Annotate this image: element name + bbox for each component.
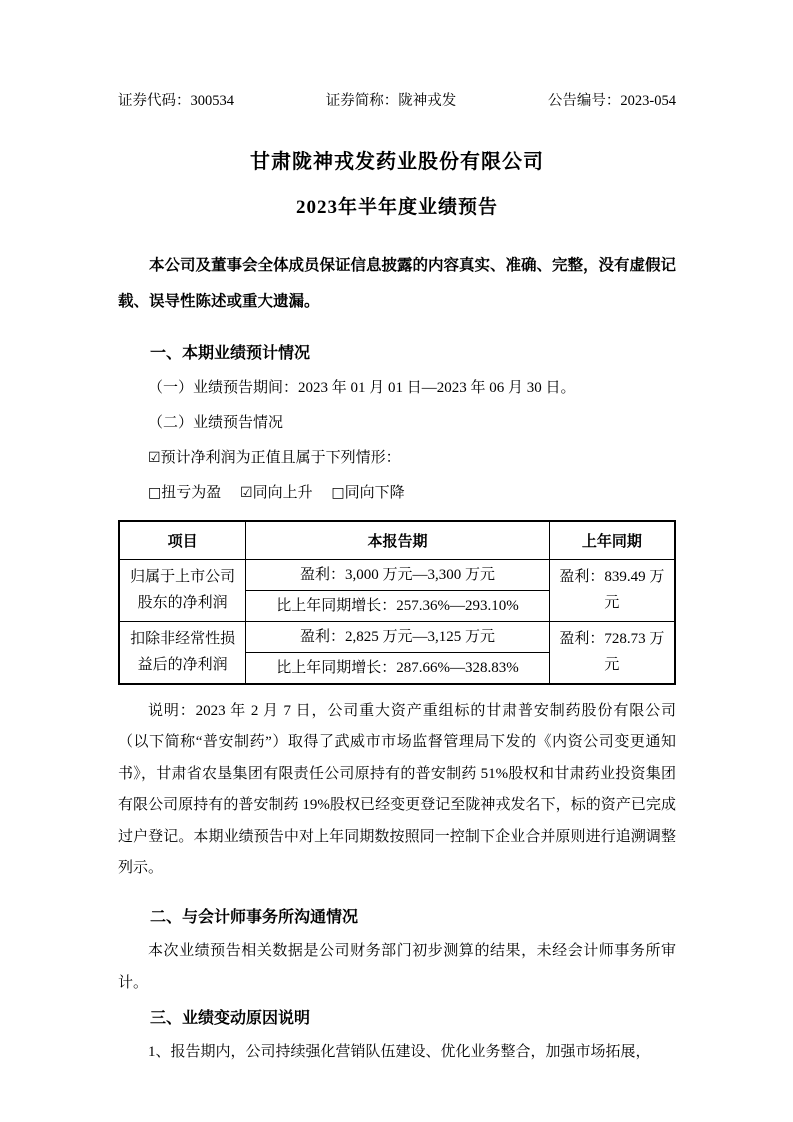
forecast-type-line: ☑预计净利润为正值且属于下列情形： xyxy=(118,441,676,476)
row1-profit-range: 盈利：3,000 万元—3,300 万元 xyxy=(246,559,550,590)
unchecked-checkbox-icon: □ xyxy=(331,485,344,501)
forecast-options-line: □扭亏为盈 ☑同向上升 □同向下降 xyxy=(118,476,676,511)
section2-heading: 二、与会计师事务所沟通情况 xyxy=(118,900,676,935)
meta-row: 证券代码：300534 证券简称：陇神戎发 公告编号：2023-054 xyxy=(118,92,676,110)
header-prior-period: 上年同期 xyxy=(549,521,675,560)
report-title: 2023年半年度业绩预告 xyxy=(118,195,676,220)
restructuring-explanation: 说明：2023 年 2 月 7 日，公司重大资产重组标的甘肃普安制药股份有限公司… xyxy=(118,696,676,885)
row1-item: 归属于上市公司股东的净利润 xyxy=(119,559,246,621)
row1-prior-period: 盈利：839.49 万元 xyxy=(549,559,675,621)
section3-heading: 三、业绩变动原因说明 xyxy=(118,1001,676,1036)
forecast-table: 项目 本报告期 上年同期 归属于上市公司股东的净利润 盈利：3,000 万元—3… xyxy=(118,520,676,685)
row2-profit-range: 盈利：2,825 万元—3,125 万元 xyxy=(246,621,550,652)
company-title: 甘肃陇神戎发药业股份有限公司 xyxy=(118,149,676,175)
option-same-direction-down-label: 同向下降 xyxy=(345,485,405,501)
row2-prior-period: 盈利：728.73 万元 xyxy=(549,621,675,684)
option-turn-profit: □扭亏为盈 xyxy=(148,485,221,501)
option-turn-profit-label: 扭亏为盈 xyxy=(161,485,221,501)
table-row: 归属于上市公司股东的净利润 盈利：3,000 万元—3,300 万元 盈利：83… xyxy=(119,559,675,590)
announcement-number-text: 公告编号：2023-054 xyxy=(548,92,676,110)
stock-name-text: 证券简称：陇神戎发 xyxy=(326,92,457,110)
forecast-situation-line: （二）业绩预告情况 xyxy=(118,406,676,441)
forecast-type-label: 预计净利润为正值且属于下列情形： xyxy=(161,450,401,466)
option-same-direction-up-label: 同向上升 xyxy=(253,485,313,501)
table-row: 扣除非经常性损益后的净利润 盈利：2,825 万元—3,125 万元 盈利：72… xyxy=(119,621,675,652)
safety-statement: 本公司及董事会全体成员保证信息披露的内容真实、准确、完整，没有虚假记载、误导性陈… xyxy=(118,248,676,320)
option-same-direction-up: ☑同向上升 xyxy=(240,485,313,501)
forecast-period-line: （一）业绩预告期间：2023 年 01 月 01 日—2023 年 06 月 3… xyxy=(118,371,676,406)
row2-growth: 比上年同期增长：287.66%—328.83% xyxy=(246,652,550,684)
stock-code-text: 证券代码：300534 xyxy=(118,92,234,110)
section2-body: 本次业绩预告相关数据是公司财务部门初步测算的结果，未经会计师事务所审计。 xyxy=(118,935,676,999)
unchecked-checkbox-icon: □ xyxy=(148,485,161,501)
checked-checkbox-icon: ☑ xyxy=(240,485,253,501)
header-item: 项目 xyxy=(119,521,246,560)
announcement-page: 证券代码：300534 证券简称：陇神戎发 公告编号：2023-054 甘肃陇神… xyxy=(0,0,793,1122)
checked-checkbox-icon: ☑ xyxy=(148,450,161,466)
section1-heading: 一、本期业绩预计情况 xyxy=(118,336,676,371)
table-header-row: 项目 本报告期 上年同期 xyxy=(119,521,675,560)
header-current-period: 本报告期 xyxy=(246,521,550,560)
section3-body: 1、报告期内，公司持续强化营销队伍建设、优化业务整合，加强市场拓展， xyxy=(118,1036,676,1068)
option-same-direction-down: □同向下降 xyxy=(331,485,404,501)
row1-growth: 比上年同期增长：257.36%—293.10% xyxy=(246,590,550,621)
row2-item: 扣除非经常性损益后的净利润 xyxy=(119,621,246,684)
